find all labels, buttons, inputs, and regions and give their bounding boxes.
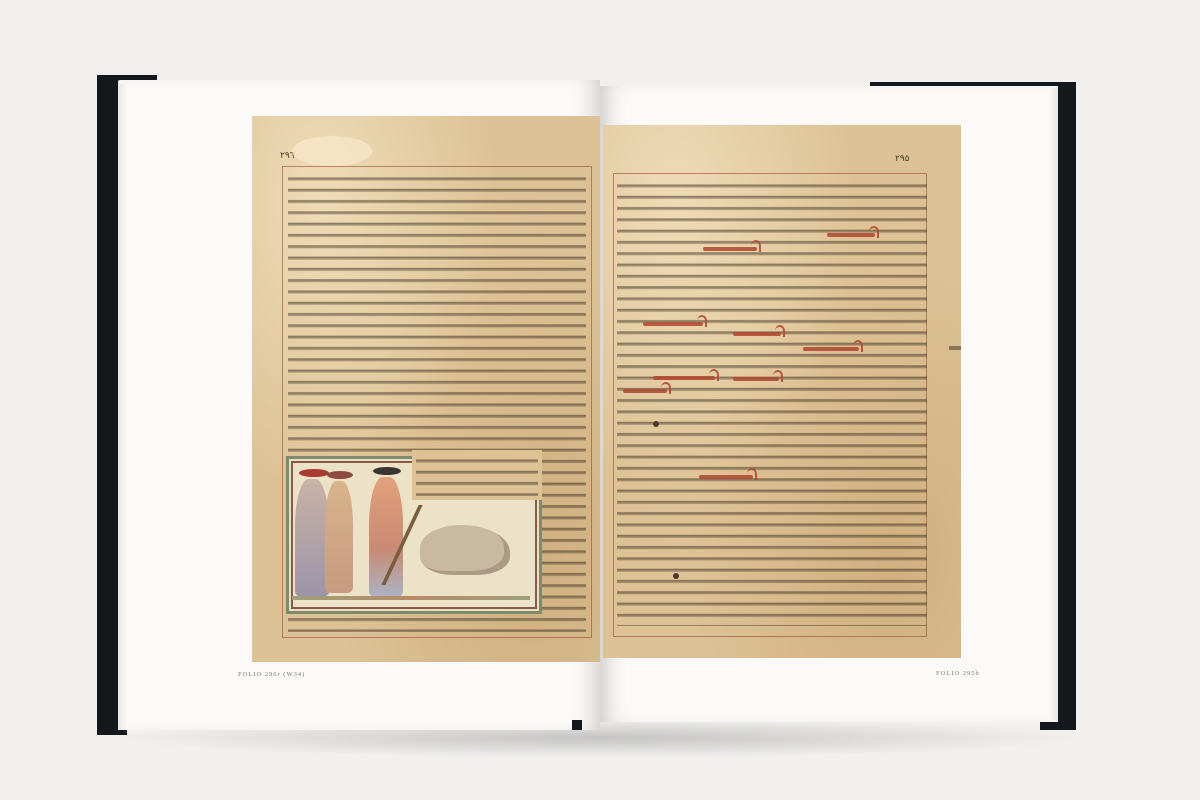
bookmark-ribbon (572, 720, 582, 730)
right-manuscript-folio: ٢٩٥ (603, 125, 961, 658)
figure-robed-man (295, 479, 329, 597)
red-heading (733, 377, 779, 381)
red-heading (623, 389, 667, 393)
red-heading (703, 247, 757, 251)
red-heading (803, 347, 859, 351)
paper-stain (292, 136, 372, 166)
text-inset (412, 450, 542, 500)
margin-note (949, 346, 961, 350)
manuscript-text-lines (416, 454, 538, 496)
figure-hat (327, 471, 353, 479)
right-page-edge (1048, 88, 1058, 720)
ink-blot (653, 421, 659, 427)
red-heading (653, 376, 715, 380)
red-heading (643, 322, 703, 326)
page-number: ٢٩٥ (895, 153, 910, 164)
red-heading (827, 233, 875, 237)
figure-hat (373, 467, 401, 475)
red-heading (699, 475, 753, 479)
red-heading (733, 332, 781, 336)
figure-hat (299, 469, 329, 477)
figure-robed-man (325, 481, 353, 593)
left-folio-caption: FOLIO 296r (W34) (238, 671, 305, 678)
manuscript-text-lines (617, 179, 927, 626)
left-page-edge (118, 84, 128, 730)
ground-line (292, 596, 530, 600)
crouching-animal (420, 525, 510, 575)
ink-blot (673, 573, 679, 579)
right-folio-caption: FOLIO 295b (936, 670, 980, 677)
